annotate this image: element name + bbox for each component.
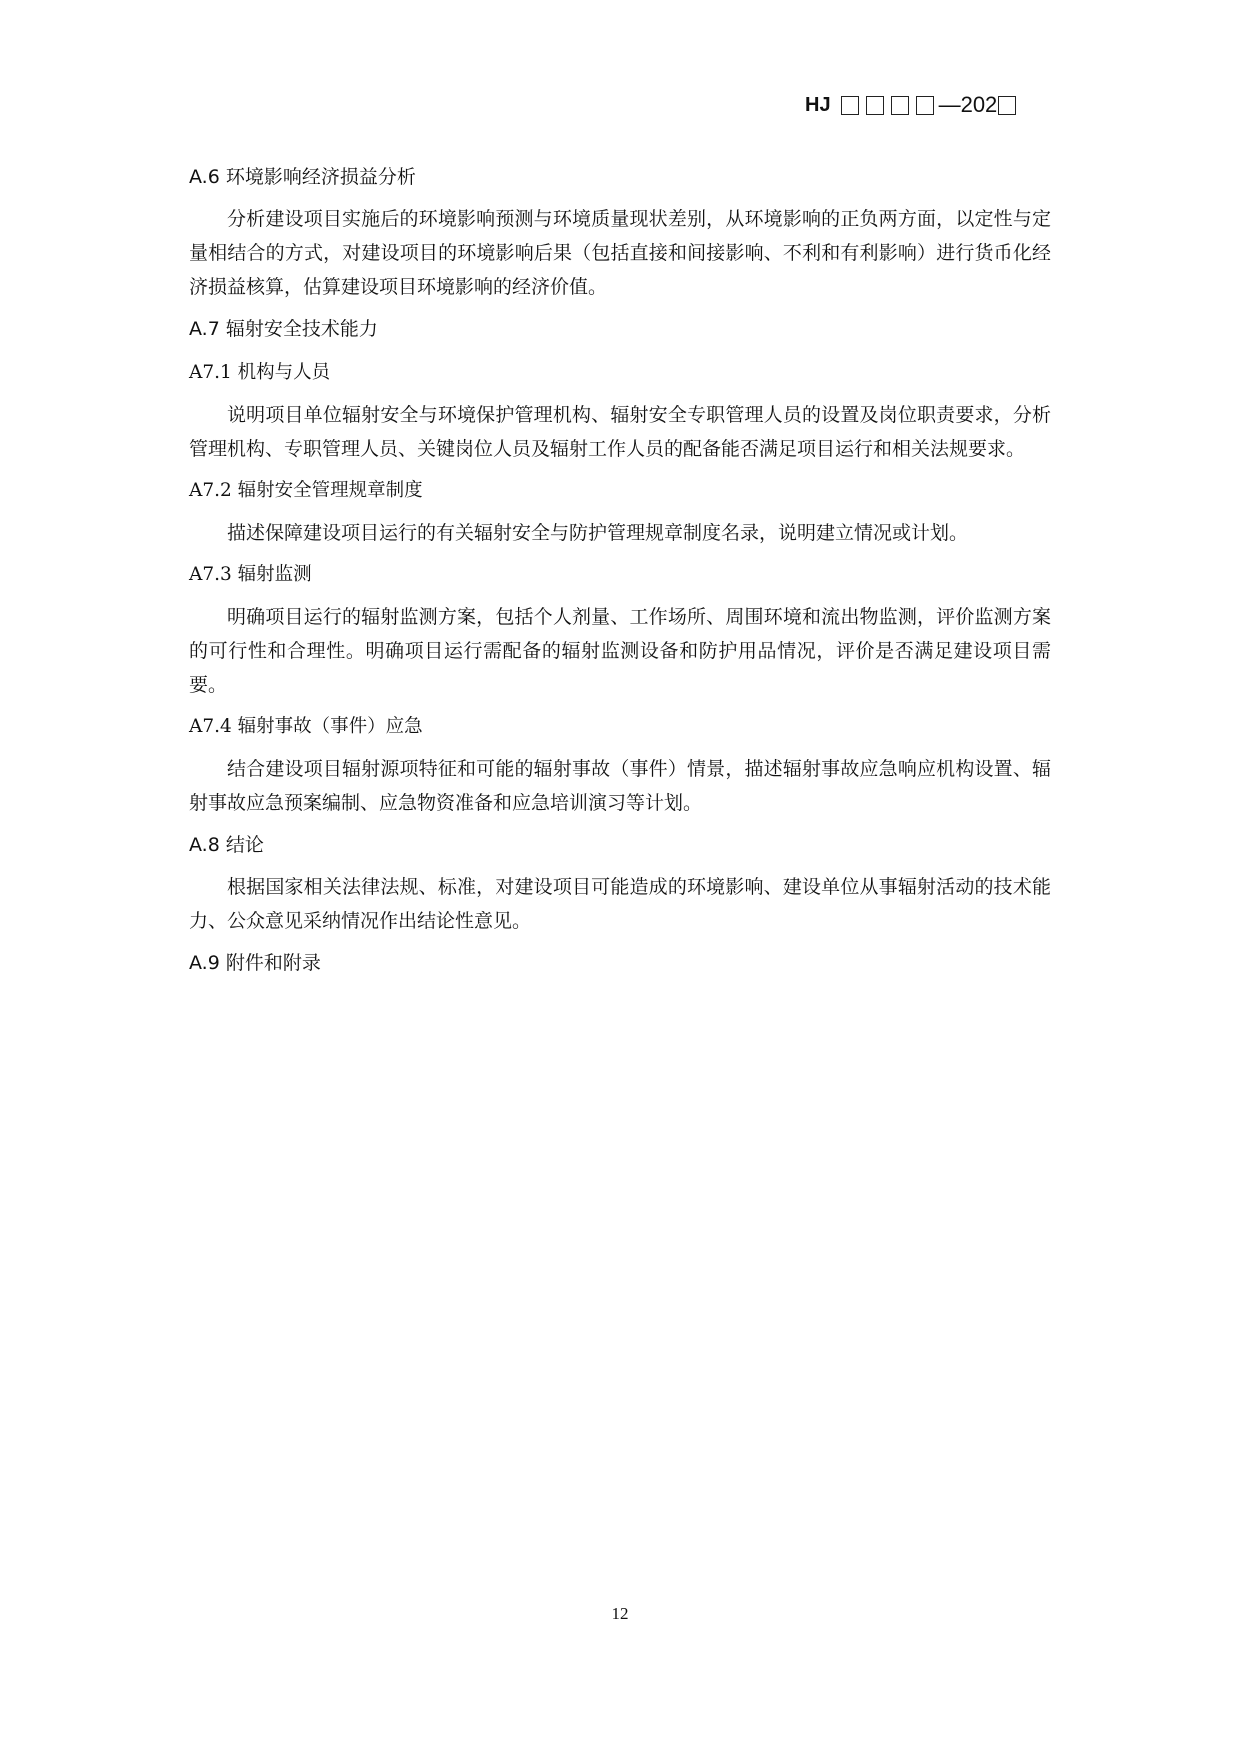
placeholder-box bbox=[841, 96, 859, 115]
subsection-paragraph-a7-4: 结合建设项目辐射源项特征和可能的辐射事故（事件）情景，描述辐射事故应急响应机构设… bbox=[189, 752, 1051, 820]
standard-code-header: HJ — 202 bbox=[805, 92, 1016, 118]
subsection-paragraph-a7-1: 说明项目单位辐射安全与环境保护管理机构、辐射安全专职管理人员的设置及岗位职责要求… bbox=[189, 398, 1051, 466]
code-dash: — bbox=[939, 92, 961, 118]
placeholder-box bbox=[998, 96, 1016, 115]
placeholder-box bbox=[891, 96, 909, 115]
section-paragraph-a8: 根据国家相关法律法规、标准，对建设项目可能造成的环境影响、建设单位从事辐射活动的… bbox=[189, 870, 1051, 938]
document-body: A.6 环境影响经济损益分析 分析建设项目实施后的环境影响预测与环境质量现状差别… bbox=[189, 160, 1051, 980]
subsection-heading-a7-1: A7.1 机构与人员 bbox=[189, 356, 1051, 390]
section-heading-a9: A.9 附件和附录 bbox=[189, 946, 1051, 980]
section-heading-a7: A.7 辐射安全技术能力 bbox=[189, 312, 1051, 346]
subsection-paragraph-a7-2: 描述保障建设项目运行的有关辐射安全与防护管理规章制度名录，说明建立情况或计划。 bbox=[189, 516, 1051, 550]
standard-prefix: HJ bbox=[805, 94, 831, 117]
year-prefix: 202 bbox=[961, 92, 998, 118]
section-heading-a8: A.8 结论 bbox=[189, 828, 1051, 862]
subsection-heading-a7-4: A7.4 辐射事故（事件）应急 bbox=[189, 710, 1051, 744]
subsection-heading-a7-2: A7.2 辐射安全管理规章制度 bbox=[189, 474, 1051, 508]
section-heading-a6: A.6 环境影响经济损益分析 bbox=[189, 160, 1051, 194]
section-paragraph-a6: 分析建设项目实施后的环境影响预测与环境质量现状差别，从环境影响的正负两方面，以定… bbox=[189, 202, 1051, 304]
placeholder-box bbox=[866, 96, 884, 115]
page-number: 12 bbox=[0, 1604, 1240, 1624]
subsection-paragraph-a7-3: 明确项目运行的辐射监测方案，包括个人剂量、工作场所、周围环境和流出物监测，评价监… bbox=[189, 600, 1051, 702]
subsection-heading-a7-3: A7.3 辐射监测 bbox=[189, 558, 1051, 592]
placeholder-box bbox=[916, 96, 934, 115]
